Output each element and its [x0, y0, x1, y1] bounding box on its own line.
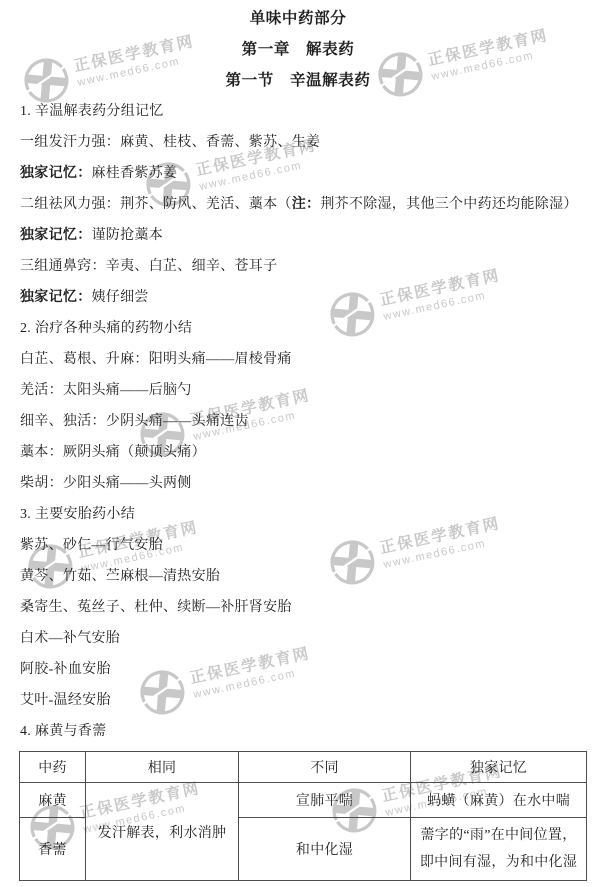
body-line: 艾叶-温经安胎 — [20, 685, 576, 716]
body-text: 桑寄生、菟丝子、杜仲、续断—补肝肾安胎 — [20, 600, 292, 615]
header-cell-diff: 不同 — [239, 752, 411, 783]
body-line: 白芷、葛根、升麻：阳明头痛——眉棱骨痛 — [20, 344, 576, 375]
cell-memory-mahuang: 蚂蟥（麻黄）在水中喘 — [411, 783, 587, 818]
body-text: 细辛、独活：少阴头痛——头痛连齿 — [20, 414, 249, 429]
body-text: 阿胶-补血安胎 — [20, 662, 111, 677]
body-text: 黄芩、竹茹、苎麻根—清热安胎 — [20, 569, 220, 584]
body-text: 3. 主要安胎药小结 — [20, 507, 135, 522]
body-text: 谨防抢藁本 — [92, 228, 164, 243]
cell-memory-xiangru: 薷字的“雨”在中间位置， 即中间有湿，为和中化湿 — [411, 818, 587, 881]
body-line: 独家记忆：麻桂香紫苏姜 — [20, 158, 576, 189]
cell-diff-mahuang: 宣肺平喘 — [239, 783, 411, 818]
cell-drug-mahuang: 麻黄 — [20, 783, 86, 818]
body-line: 独家记忆：姨仔细尝 — [20, 282, 576, 313]
body-line: 柴胡：少阳头痛——头两侧 — [20, 468, 576, 499]
chapter-title: 第一章 解表药 — [20, 34, 576, 65]
body-lines: 1. 辛温解表药分组记忆一组发汗力强：麻黄、桂枝、香薷、紫苏、生姜独家记忆：麻桂… — [20, 96, 576, 747]
emphasis-text: 注： — [292, 197, 321, 212]
body-line: 紫苏、砂仁—行气安胎 — [20, 530, 576, 561]
body-text: 柴胡：少阳头痛——头两侧 — [20, 476, 192, 491]
header-cell-memory: 独家记忆 — [411, 752, 587, 783]
body-text: 藁本：厥阴头痛（颠顶头痛） — [20, 445, 206, 460]
body-text: 紫苏、砂仁—行气安胎 — [20, 538, 163, 553]
body-text: 艾叶-温经安胎 — [20, 693, 111, 708]
emphasis-text: 独家记忆： — [20, 228, 92, 243]
body-text: 二组祛风力强：荆芥、防风、羌活、藁本（ — [20, 197, 292, 212]
header-cell-same: 相同 — [86, 752, 239, 783]
body-text: 白术—补气安胎 — [20, 631, 120, 646]
document-page: 正保医学教育网www.med66.com正保医学教育网www.med66.com… — [0, 0, 594, 887]
body-text: 2. 治疗各种头痛的药物小结 — [20, 321, 192, 336]
emphasis-text: 独家记忆： — [20, 290, 92, 305]
body-text: 姨仔细尝 — [92, 290, 149, 305]
body-text: 4. 麻黄与香薷 — [20, 724, 106, 739]
body-line: 藁本：厥阴头痛（颠顶头痛） — [20, 437, 576, 468]
body-text: 三组通鼻窍：辛夷、白芷、细辛、苍耳子 — [20, 259, 277, 274]
body-line: 细辛、独活：少阴头痛——头痛连齿 — [20, 406, 576, 437]
table-row-mahuang: 麻黄 发汗解表，利水消肿 宣肺平喘 蚂蟥（麻黄）在水中喘 — [20, 783, 587, 818]
body-line: 一组发汗力强：麻黄、桂枝、香薷、紫苏、生姜 — [20, 127, 576, 158]
cell-same-merged: 发汗解表，利水消肿 — [86, 783, 239, 881]
body-line: 桑寄生、菟丝子、杜仲、续断—补肝肾安胎 — [20, 592, 576, 623]
cell-diff-xiangru: 和中化湿 — [239, 818, 411, 881]
body-line: 3. 主要安胎药小结 — [20, 499, 576, 530]
body-text: 白芷、葛根、升麻：阳明头痛——眉棱骨痛 — [20, 352, 292, 367]
body-line: 黄芩、竹茹、苎麻根—清热安胎 — [20, 561, 576, 592]
cell-drug-xiangru: 香薷 — [20, 818, 86, 881]
body-text: 麻桂香紫苏姜 — [92, 166, 178, 181]
comparison-table: 中药 相同 不同 独家记忆 麻黄 发汗解表，利水消肿 宣肺平喘 蚂蟥（麻黄）在水… — [19, 751, 587, 881]
body-line: 二组祛风力强：荆芥、防风、羌活、藁本（注：荆芥不除湿，其他三个中药还均能除湿） — [20, 189, 576, 220]
document-body: 单味中药部分 第一章 解表药 第一节 辛温解表药 1. 辛温解表药分组记忆一组发… — [20, 3, 576, 747]
header-cell-drug: 中药 — [20, 752, 86, 783]
body-line: 4. 麻黄与香薷 — [20, 716, 576, 747]
body-line: 2. 治疗各种头痛的药物小结 — [20, 313, 576, 344]
body-line: 羌活：太阳头痛——后脑勺 — [20, 375, 576, 406]
body-line: 独家记忆：谨防抢藁本 — [20, 220, 576, 251]
body-line: 1. 辛温解表药分组记忆 — [20, 96, 576, 127]
table-header-row: 中药 相同 不同 独家记忆 — [20, 752, 587, 783]
section-title: 第一节 辛温解表药 — [20, 65, 576, 96]
body-text: 荆芥不除湿，其他三个中药还均能除湿） — [320, 197, 577, 212]
emphasis-text: 独家记忆： — [20, 166, 92, 181]
body-line: 白术—补气安胎 — [20, 623, 576, 654]
body-text: 一组发汗力强：麻黄、桂枝、香薷、紫苏、生姜 — [20, 135, 320, 150]
body-line: 阿胶-补血安胎 — [20, 654, 576, 685]
body-text: 羌活：太阳头痛——后脑勺 — [20, 383, 192, 398]
doc-title: 单味中药部分 — [20, 3, 576, 34]
body-line: 三组通鼻窍：辛夷、白芷、细辛、苍耳子 — [20, 251, 576, 282]
body-text: 1. 辛温解表药分组记忆 — [20, 104, 164, 119]
